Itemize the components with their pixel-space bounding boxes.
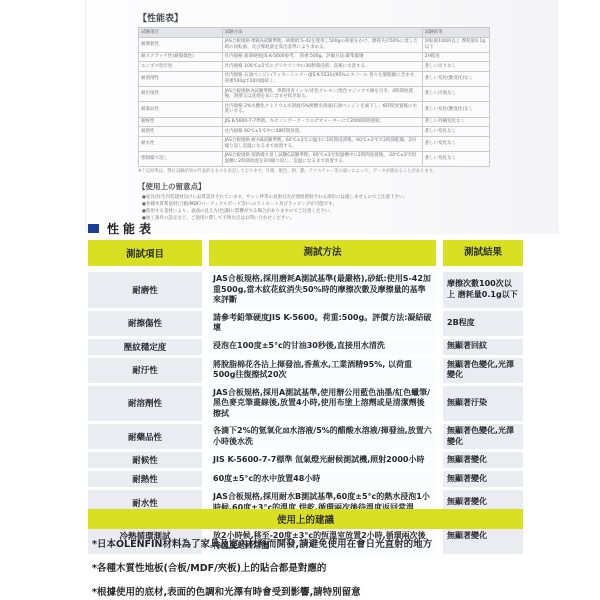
cn-test-result-cell: 無顯著回紋 [443,339,523,355]
cn-col-test-result: 測試結果 [443,240,523,266]
jp-test-item-cell: 耐摩耗性 [139,37,223,52]
scanned-spec-sheet: 【性能表】 試験項目 試験方法 試験結果 耐摩耗性JAS合板規格 摩耗A試験準拠… [85,0,559,234]
jp-notes-title: 【使用上の留意点】 [138,181,538,192]
cn-table-row: 壓紋穩定度浸泡在100度±5°c的甘油30秒後,直接用水清洗無顯著回紋 [88,339,523,355]
jp-table-header-row: 試験項目 試験方法 試験結果 [139,28,490,38]
jp-table-row: エンボス堅牢度社内規格 100℃±5℃のグリセリン中に30秒間浸漬、直後に水洗す… [139,62,490,72]
cn-test-result-cell: 摩擦次數100次以上 磨耗量0.1g以下 [443,272,523,308]
cn-test-result-cell: 無顯著色變化,光澤變化 [443,424,523,449]
cn-test-result-cell: 無顯著變化 [443,471,523,487]
jp-test-method-cell: JAS合板規格 耐水B試験準拠。60℃±3℃の温水に1時間浸漬後、60℃±3℃で… [222,136,422,151]
jp-test-result-cell: 著しい変化(艶変化)なし [422,71,489,86]
cn-test-item-cell: 耐汙性 [88,358,202,383]
cn-table-row: 耐候性JIS K-5600-7-7標準 氙氣燈光耐候測試機,照射2000小時無顯… [88,452,523,468]
advice-line: *各種木質性地板(合板/MDF/夾板)上的貼合都是對應的 [92,560,432,574]
jp-note-line: ●各種木質系基材(合板/MDF/パーティクルボード等)へのラミネート及びラッピン… [142,201,538,208]
jp-test-method-cell: JIS K-5600-7-7準拠、キセノンアーク・ウエザオメーターにて2000時… [222,117,422,127]
cn-test-item-cell: 耐熱性 [88,471,202,487]
cn-test-method-cell: 各滴下2%的氫氧化⊠水溶液/5%的醋酸水溶液/揮發油,放置六小時後水洗 [209,424,436,449]
jp-test-item-cell: 耐汚染性 [139,87,223,102]
jp-test-method-cell: 社内規格 鉛筆硬度JIS K-5600参考、 荷重:500g、評価方法:凝集破壊 [222,52,422,62]
cn-test-method-cell: JIS K-5600-7-7標準 氙氣燈光耐候測試機,照射2000小時 [209,452,436,468]
advice-line: *根據使用的底材,表面的色調和光澤有時會受到影響,請特別留意 [92,584,432,598]
advice-band: 使用上的建議 [88,509,523,529]
jp-table-row: 耐候性JIS K-5600-7-7準拠、キセノンアーク・ウエザオメーターにて20… [139,117,490,127]
cn-test-item-cell: 壓紋穩定度 [88,339,202,355]
jp-test-result-cell: 著しい汚染なし [422,87,489,102]
cn-table-row: 耐汙性將脫脂棉花各沾上揮發油,香蕉水,工業酒精95%, 以荷重500g往復擦拭2… [88,358,523,383]
jp-note-line: ●使用する基材により、表面の見え方(色調)に影響がでる場合がありますのでご注意く… [142,208,538,215]
jp-note-line: ●家具/住宅内装建材向けに品質設計されています。サッシ枠等の直射日光が連続照射さ… [142,194,538,201]
cn-table-row: 耐熱性60度±5°c的水中放置48小時無顯著變化 [88,471,523,487]
cn-test-result-cell: 無顯著色變化,光澤變化 [443,358,523,383]
cn-table-row: 耐藥品性各滴下2%的氫氧化⊠水溶液/5%的醋酸水溶液/揮發油,放置六小時後水洗無… [88,424,523,449]
jp-test-item-cell: 耐溶剤性 [139,71,223,86]
jp-test-method-cell: 社内規格 2%水酸化ナトリウム水溶液/5%酢酸水溶液/石油ベンジンを滴下し、6時… [222,102,422,117]
jp-test-result-cell: 著しい変化(艶変化)なし [422,102,489,117]
jp-test-item-cell: 寒熱繰り返し [139,151,223,166]
jp-test-item-cell: 耐候性 [139,117,223,127]
advice-line: *日本OLENFIN材料為了家具及室內材料而開發,請避免使用在會日光直射的地方 [92,536,432,550]
jp-table-row: 耐汚染性JAS合板規格 A試験準拠、事務用青インキ/赤色クレヨン/黒色マジックで… [139,87,490,102]
section-title: 性能表 [107,220,155,237]
cn-test-method-cell: 浸泡在100度±5°c的甘油30秒後,直接用水清洗 [209,339,436,355]
jp-test-result-cell: 著しい戻りなし [422,62,489,72]
jp-test-method-cell: 社内規格 100℃±5℃のグリセリン中に30秒間浸漬、直後に水洗する。 [222,62,422,72]
performance-section-heading: 性能表 [88,220,155,237]
cn-test-method-cell: JAS合板規格,採用A測試基準,使用辦公用藍色油墨/紅色蠟筆/黑色麥克筆畫線後,… [209,386,436,422]
jp-table-row: 寒熱繰り返しJAS合板規格 寒熱繰り返し試験C試験準拠、60℃±3℃恒温槽中に2… [139,151,490,166]
jp-test-result-cell: 著しい変化なし [422,127,489,137]
jp-test-item-cell: 耐熱性 [139,127,223,137]
jp-table-row: 耐摩耗性JAS合板規格 摩耗A試験準拠。研磨紙:S-42を使用し500gの荷重を… [139,37,490,52]
jp-test-item-cell: 耐スクラッチ性(耐擦傷性) [139,52,223,62]
jp-test-item-cell: エンボス堅牢度 [139,62,223,72]
cn-test-item-cell: 耐溶劑性 [88,386,202,422]
jp-test-result-cell: 回転値100回以上 摩耗量0.1g以下 [422,37,489,52]
jp-col-test-method: 試験方法 [222,28,422,38]
scan-title: 【性能表】 [138,11,538,24]
jp-test-result-cell: 2H程度 [422,52,489,62]
jp-test-result-cell: 著しい変化なし [422,151,489,166]
cn-col-test-item: 測試項目 [88,240,202,266]
jp-table-row: 耐水性JAS合板規格 耐水B試験準拠。60℃±3℃の温水に1時間浸漬後、60℃±… [139,136,490,151]
cn-test-result-cell: 無顯著汙染 [443,386,523,422]
cn-table-row: 耐磨性JAS合板規格,採用磨耗A測試基準(最嚴格),砂紙:使用S-42加重500… [88,272,523,308]
jp-test-item-cell: 耐薬品性 [139,102,223,117]
cn-test-result-cell: 無顯著變化 [443,452,523,468]
cn-test-result-cell: 2B程度 [443,311,523,336]
cn-performance-table: 測試項目 測試方法 測試結果 耐磨性JAS合板規格,採用磨耗A測試基準(最嚴格)… [88,240,523,554]
cn-table-row: 耐溶劑性JAS合板規格,採用A測試基準,使用辦公用藍色油墨/紅色蠟筆/黑色麥克筆… [88,386,523,422]
advice-lines: *日本OLENFIN材料為了家具及室內材料而開發,請避免使用在會日光直射的地方*… [92,536,432,598]
cn-test-method-cell: 將脫脂棉花各沾上揮發油,香蕉水,工業酒精95%, 以荷重500g往復擦拭20次 [209,358,436,383]
jp-test-result-cell: 著しい変化なし [422,136,489,151]
cn-test-item-cell: 耐候性 [88,452,202,468]
jp-performance-table: 試験項目 試験方法 試験結果 耐摩耗性JAS合板規格 摩耗A試験準拠。研磨紙:S… [138,27,490,167]
jp-test-method-cell: 社内規格 60℃±5℃中に48時間放置。 [222,127,422,137]
jp-test-method-cell: JAS合板規格 A試験準拠、事務用青インキ/赤色クレヨン/黒色マジックで線を引き… [222,87,422,102]
jp-test-method-cell: 社内規格 石油ベンジン/ラッカーシンナー(JIS K-5531)/95%エタノー… [222,71,422,86]
cn-col-test-method: 測試方法 [209,240,436,266]
cn-test-item-cell: 耐擦傷性 [88,311,202,336]
jp-table-row: 耐熱性社内規格 60℃±5℃中に48時間放置。著しい変化なし [139,127,490,137]
jp-col-test-result: 試験結果 [422,28,489,38]
cn-test-method-cell: 60度±5°c的水中放置48小時 [209,471,436,487]
jp-note-line: ●加工条件の設定など、ご使用に際して不明な点はお問い合わせください。 [142,215,538,222]
jp-table-row: 耐薬品性社内規格 2%水酸化ナトリウム水溶液/5%酢酸水溶液/石油ベンジンを滴下… [139,102,490,117]
cn-table-header-row: 測試項目 測試方法 測試結果 [88,240,523,266]
cn-test-item-cell: 耐磨性 [88,272,202,308]
jp-table-footnote: ※上記結果は、弊社試験結果の代表的なものを表記しております。仕様、配色、柄、艶、… [138,169,502,174]
jp-notes-list: ●家具/住宅内装建材向けに品質設計されています。サッシ枠等の直射日光が連続照射さ… [138,194,538,222]
blue-square-icon [88,224,99,233]
jp-table-row: 耐溶剤性社内規格 石油ベンジン/ラッカーシンナー(JIS K-5531)/95%… [139,71,490,86]
jp-col-test-item: 試験項目 [139,28,223,38]
cn-test-method-cell: 請參考鉛筆硬度JIS K-5600。荷重:500g。評價方法:凝結破壞 [209,311,436,336]
cn-test-method-cell: JAS合板規格,採用磨耗A測試基準(最嚴格),砂紙:使用S-42加重500g,當… [209,272,436,308]
jp-test-method-cell: JAS合板規格 寒熱繰り返し試験C試験準拠、60℃±3℃恒温槽中に2時間放置後、… [222,151,422,166]
jp-test-method-cell: JAS合板規格 摩耗A試験準拠。研磨紙:S-42を使用し500gの荷重をかけ、摩… [222,37,422,52]
jp-test-item-cell: 耐水性 [139,136,223,151]
jp-test-result-cell: 著しい外観変化なし [422,117,489,127]
cn-test-item-cell: 耐藥品性 [88,424,202,449]
cn-table-row: 耐擦傷性請參考鉛筆硬度JIS K-5600。荷重:500g。評價方法:凝結破壞2… [88,311,523,336]
jp-table-row: 耐スクラッチ性(耐擦傷性)社内規格 鉛筆硬度JIS K-5600参考、 荷重:5… [139,52,490,62]
